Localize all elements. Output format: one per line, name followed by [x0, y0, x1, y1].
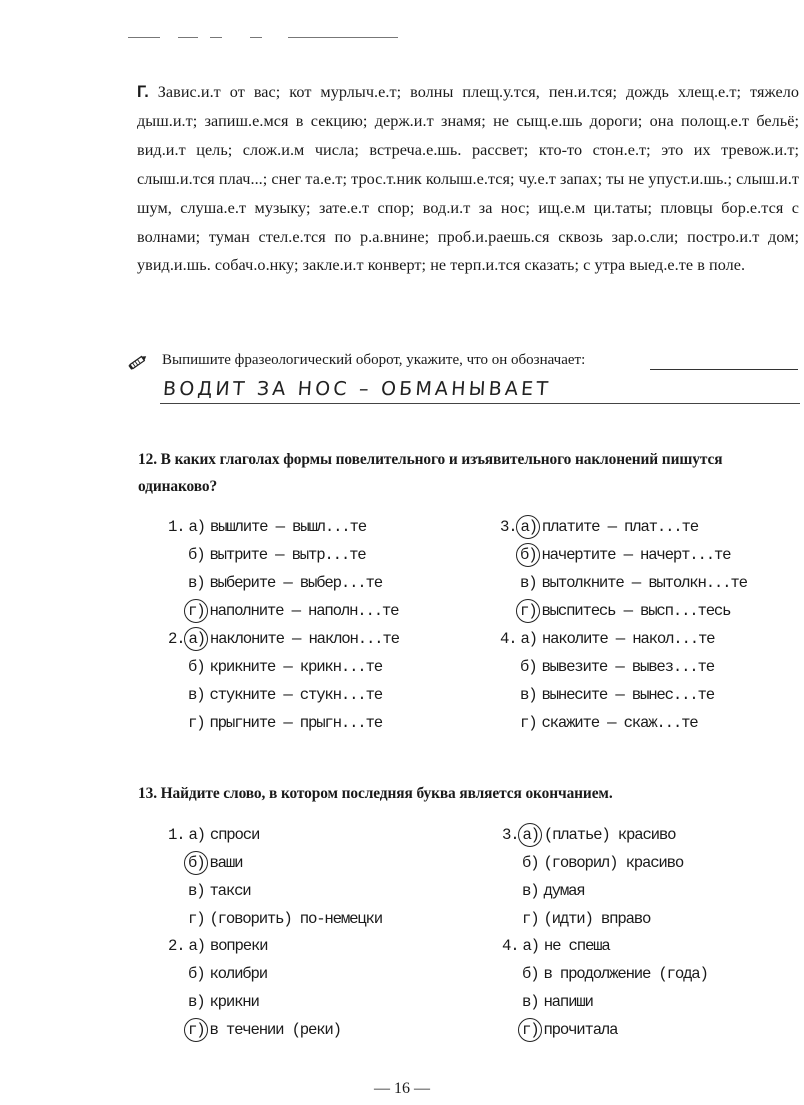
answer-option[interactable]: б)начертите — начерт...те — [520, 546, 730, 564]
task-prompt: Выпишите фразеологический оборот, укажит… — [162, 352, 585, 369]
answer-option[interactable]: в)выберите — выбер...те — [188, 574, 382, 592]
answer-option[interactable]: г)(идти) вправо — [522, 910, 650, 928]
option-label: а) — [188, 937, 204, 955]
option-label-circled: г) — [188, 602, 204, 620]
question-12-title: 12. В каких глаголах формы повелительног… — [138, 446, 798, 500]
answer-option[interactable]: в)такси — [188, 882, 251, 900]
option-text: вытолкните — вытолкн...те — [541, 574, 746, 592]
option-label-circled: а) — [522, 826, 538, 844]
option-text: выберите — выбер...те — [209, 574, 382, 592]
question-13-title: 13. Найдите слово, в котором последняя б… — [138, 780, 798, 807]
answer-underline — [650, 369, 798, 370]
option-text: начертите — начерт...те — [541, 546, 730, 564]
group-number: 2. — [168, 937, 184, 955]
paragraph-text: Завис.и.т от вас; кот мурлыч.е.т; волны … — [137, 83, 799, 274]
option-text: колибри — [209, 965, 267, 983]
option-label-circled: б) — [188, 854, 204, 872]
answer-option[interactable]: г)выспитесь — высп...тесь — [520, 602, 730, 620]
exercise-paragraph-g: Г. Завис.и.т от вас; кот мурлыч.е.т; вол… — [137, 78, 799, 280]
option-text: вытрите — вытр...те — [209, 546, 365, 564]
option-text: скажите — скаж...те — [541, 714, 697, 732]
option-text: вопреки — [210, 937, 268, 955]
group-number: 1. — [168, 826, 184, 844]
option-text: в продолжение (года) — [543, 965, 707, 983]
answer-option[interactable]: б)в продолжение (года) — [522, 965, 708, 983]
option-label-circled: г) — [520, 602, 536, 620]
option-text: (платье) красиво — [544, 826, 675, 844]
top-rule — [312, 37, 397, 38]
answer-option[interactable]: б)вытрите — вытр...те — [188, 546, 366, 564]
answer-option[interactable]: в)крикни — [188, 993, 259, 1011]
answer-option[interactable]: в)думая — [522, 882, 585, 900]
answer-option[interactable]: б)ваши — [188, 854, 242, 872]
option-text: прыгните — прыгн...те — [209, 714, 382, 732]
option-label-circled: а) — [520, 518, 536, 536]
option-label: б) — [188, 658, 204, 676]
group-number: 1. — [168, 518, 184, 536]
group-number: 4. — [502, 937, 518, 955]
option-label: б) — [522, 965, 538, 983]
option-label: б) — [188, 546, 204, 564]
top-rule — [128, 37, 160, 38]
option-text: прочитала — [543, 1021, 617, 1039]
option-label: в) — [188, 574, 204, 592]
option-label: в) — [520, 574, 536, 592]
option-text: вышлите — вышл...те — [210, 518, 366, 536]
option-label: б) — [520, 658, 536, 676]
option-text: вывезите — вывез...те — [541, 658, 714, 676]
option-text: не спеша — [544, 937, 610, 955]
top-rule — [250, 37, 262, 38]
option-text: спроси — [210, 826, 259, 844]
option-label: а) — [520, 630, 536, 648]
answer-line — [160, 403, 800, 404]
answer-option[interactable]: 1.а)спроси — [168, 826, 259, 844]
option-label: в) — [522, 993, 538, 1011]
top-rule — [290, 37, 310, 38]
top-rule — [210, 37, 222, 38]
top-rule — [178, 37, 198, 38]
option-label: в) — [188, 882, 204, 900]
answer-option[interactable]: б)крикните — крикн...те — [188, 658, 382, 676]
handwritten-answer: ВОДИТ ЗА НОС – ОБМАНЫВАЕТ — [162, 378, 552, 400]
option-label: в) — [520, 686, 536, 704]
option-label: г) — [520, 714, 536, 732]
answer-option[interactable]: б)(говорил) красиво — [522, 854, 683, 872]
answer-option[interactable]: в)напиши — [522, 993, 593, 1011]
answer-option[interactable]: в)стукните — стукн...те — [188, 686, 382, 704]
pencil-icon — [127, 354, 149, 370]
option-label: г) — [188, 714, 204, 732]
paragraph-lead: Г. — [137, 83, 149, 101]
option-text: стукните — стукн...те — [209, 686, 382, 704]
answer-option[interactable]: в)вытолкните — вытолкн...те — [520, 574, 747, 592]
option-text: в течении (реки) — [209, 1021, 340, 1039]
answer-option[interactable]: б)вывезите — вывез...те — [520, 658, 714, 676]
option-label: в) — [522, 882, 538, 900]
answer-option[interactable]: 3.а)(платье) красиво — [502, 826, 675, 844]
group-number: 4. — [500, 630, 516, 648]
page-number: — 16 — — [0, 1080, 804, 1098]
option-text: крикните — крикн...те — [209, 658, 382, 676]
option-label-circled: г) — [522, 1021, 538, 1039]
answer-option[interactable]: 4.а)наколите — накол...те — [500, 630, 714, 648]
group-number: 3. — [502, 826, 518, 844]
option-text: крикни — [209, 993, 258, 1011]
answer-option[interactable]: 2.а)наклоните — наклон...те — [168, 630, 399, 648]
answer-option[interactable]: г)прыгните — прыгн...те — [188, 714, 382, 732]
answer-option[interactable]: 1.а)вышлите — вышл...те — [168, 518, 366, 536]
option-label: б) — [188, 965, 204, 983]
option-label: г) — [522, 910, 538, 928]
answer-option[interactable]: 2.а)вопреки — [168, 937, 267, 955]
option-label: а) — [188, 826, 204, 844]
option-label: в) — [188, 686, 204, 704]
group-number: 3. — [500, 518, 516, 536]
answer-option[interactable]: г)скажите — скаж...те — [520, 714, 698, 732]
option-text: ваши — [209, 854, 242, 872]
option-text: выспитесь — высп...тесь — [541, 602, 730, 620]
option-text: наклоните — наклон...те — [210, 630, 399, 648]
option-label: а) — [188, 518, 204, 536]
option-text: (говорил) красиво — [543, 854, 683, 872]
answer-option[interactable]: в)вынесите — вынес...те — [520, 686, 714, 704]
option-label: б) — [522, 854, 538, 872]
group-number: 2. — [168, 630, 184, 648]
option-text: (идти) вправо — [543, 910, 650, 928]
option-label: а) — [522, 937, 538, 955]
answer-option[interactable]: г)в течении (реки) — [188, 1021, 341, 1039]
option-label: в) — [188, 993, 204, 1011]
answer-option[interactable]: г)(говорить) по-немецки — [188, 910, 382, 928]
answer-option[interactable]: 4.а)не спеша — [502, 937, 610, 955]
option-text: такси — [209, 882, 250, 900]
option-label: г) — [188, 910, 204, 928]
option-text: платите — плат...те — [542, 518, 698, 536]
option-text: наполните — наполн...те — [209, 602, 398, 620]
answer-option[interactable]: 3.а)платите — плат...те — [500, 518, 698, 536]
option-label-circled: а) — [188, 630, 204, 648]
answer-option[interactable]: г)прочитала — [522, 1021, 617, 1039]
option-text: напиши — [543, 993, 592, 1011]
option-text: (говорить) по-немецки — [209, 910, 382, 928]
option-text: наколите — накол...те — [542, 630, 715, 648]
option-label-circled: г) — [188, 1021, 204, 1039]
option-label-circled: б) — [520, 546, 536, 564]
answer-option[interactable]: г)наполните — наполн...те — [188, 602, 398, 620]
option-text: думая — [543, 882, 584, 900]
option-text: вынесите — вынес...те — [541, 686, 714, 704]
answer-option[interactable]: б)колибри — [188, 965, 267, 983]
